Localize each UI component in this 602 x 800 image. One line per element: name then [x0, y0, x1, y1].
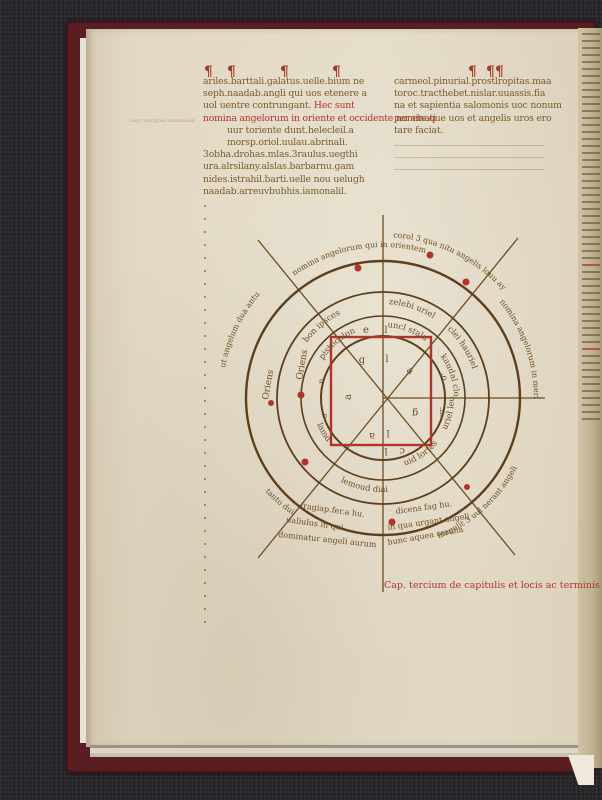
- svg-text:l: l: [384, 325, 387, 336]
- svg-text:Oriens: Oriens: [261, 369, 276, 401]
- svg-text:l: l: [386, 427, 389, 438]
- svg-text:uncl stalu: uncl stalu: [387, 319, 431, 343]
- svg-text:l: l: [384, 445, 387, 456]
- ring-labels-top: pistocalon uncl stalu bon ipsces zelebi …: [301, 296, 481, 397]
- cosmological-wheel-diagram: e l g l a a g l a l c n o .o. .n. pistoc…: [0, 0, 602, 800]
- svg-text:fragiap.fer.a hu.: fragiap.fer.a hu.: [300, 501, 366, 519]
- svg-text:corol 3 qua nitu angelis louu: corol 3 qua nitu angelis louu ay: [393, 230, 508, 292]
- svg-text:o: o: [320, 413, 329, 418]
- svg-text:nomina angelorum qui in orient: nomina angelorum qui in orientem: [290, 240, 428, 277]
- svg-text:a: a: [343, 394, 354, 400]
- chapter-rubric: Cap. tercium de capitulis et locis ac te…: [384, 580, 602, 591]
- outer-ring-texts: nomina angelorum qui in orientem corol 3…: [0, 0, 541, 540]
- svg-text:a: a: [369, 430, 375, 441]
- svg-text:.o.: .o.: [440, 373, 449, 383]
- svg-text:c: c: [399, 445, 405, 456]
- svg-text:g: g: [359, 355, 366, 366]
- svg-text:ut angelum dua antu: ut angelum dua antu: [218, 290, 262, 368]
- bottom-segment-texts: fragiap.fer.a hu. ualiulus in qui domina…: [278, 499, 471, 549]
- svg-text:e: e: [363, 325, 369, 336]
- svg-text:n: n: [317, 378, 326, 383]
- svg-text:uriel leuatie: uriel leuatie: [0, 0, 456, 431]
- svg-text:g: g: [411, 407, 418, 418]
- svg-text:l: l: [385, 354, 388, 365]
